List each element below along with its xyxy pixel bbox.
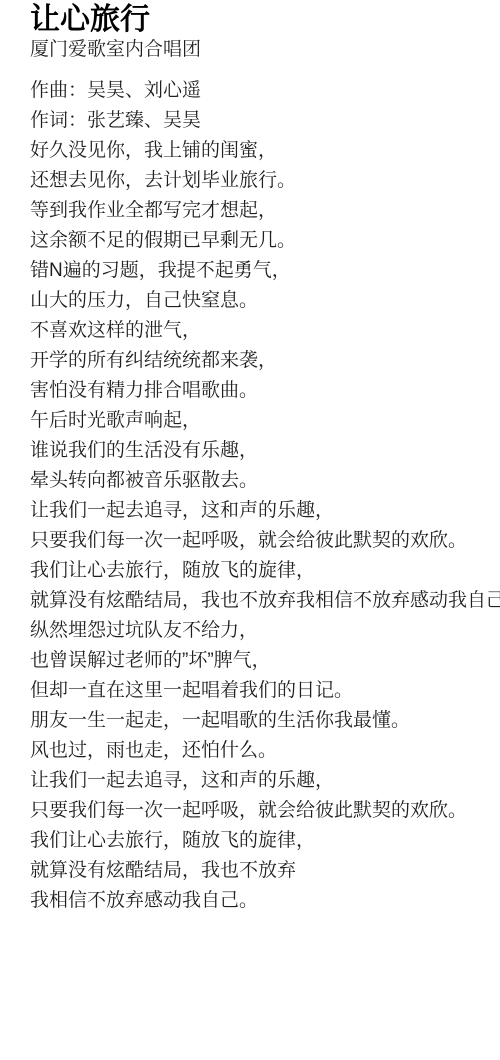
lyric-line: 纵然埋怨过坑队友不给力， xyxy=(30,616,500,646)
lyric-line: 错N遍的习题，我提不起勇气， xyxy=(30,256,500,286)
lyric-line: 但却一直在这里一起唱着我们的日记。 xyxy=(30,676,500,706)
lyric-line: 我相信不放弃感动我自己。 xyxy=(30,886,500,916)
lyric-line: 只要我们每一次一起呼吸，就会给彼此默契的欢欣。 xyxy=(30,796,500,826)
lyric-line: 害怕没有精力排合唱歌曲。 xyxy=(30,376,500,406)
lyric-line: 开学的所有纠结统统都来袭， xyxy=(30,346,500,376)
lyric-line: 午后时光歌声响起， xyxy=(30,406,500,436)
lyric-line: 这余额不足的假期已早剩无几。 xyxy=(30,226,500,256)
lyric-line: 好久没见你，我上铺的闺蜜， xyxy=(30,136,500,166)
lyric-line: 朋友一生一起走，一起唱歌的生活你我最懂。 xyxy=(30,706,500,736)
lyric-line: 也曾误解过老师的”坏”脾气， xyxy=(30,646,500,676)
lyric-line: 让我们一起去追寻，这和声的乐趣， xyxy=(30,766,500,796)
lyric-line: 就算没有炫酷结局，我也不放弃我相信不放弃感动我自己。 xyxy=(30,586,500,616)
lyric-line: 风也过，雨也走，还怕什么。 xyxy=(30,736,500,766)
lyric-line: 我们让心去旅行，随放飞的旋律， xyxy=(30,556,500,586)
lyric-line: 让我们一起去追寻，这和声的乐趣， xyxy=(30,496,500,526)
lyric-line: 只要我们每一次一起呼吸，就会给彼此默契的欢欣。 xyxy=(30,526,500,556)
page-title: 让心旅行 xyxy=(30,2,500,38)
lyric-line: 作曲：吴昊、刘心遥 xyxy=(30,76,500,106)
lyric-line: 等到我作业全都写完才想起， xyxy=(30,196,500,226)
lyric-line: 不喜欢这样的泄气， xyxy=(30,316,500,346)
lyric-line: 山大的压力，自己快窒息。 xyxy=(30,286,500,316)
artist-name: 厦门爱歌室内合唱团 xyxy=(30,38,500,62)
lyric-line: 还想去见你，去计划毕业旅行。 xyxy=(30,166,500,196)
lyrics-body: 作曲：吴昊、刘心遥作词：张艺臻、吴昊好久没见你，我上铺的闺蜜，还想去见你，去计划… xyxy=(30,76,500,916)
lyric-line: 谁说我们的生活没有乐趣， xyxy=(30,436,500,466)
lyrics-page: 让心旅行 厦门爱歌室内合唱团 作曲：吴昊、刘心遥作词：张艺臻、吴昊好久没见你，我… xyxy=(0,0,500,916)
lyric-line: 就算没有炫酷结局，我也不放弃 xyxy=(30,856,500,886)
lyric-line: 我们让心去旅行，随放飞的旋律， xyxy=(30,826,500,856)
lyric-line: 作词：张艺臻、吴昊 xyxy=(30,106,500,136)
lyric-line: 晕头转向都被音乐驱散去。 xyxy=(30,466,500,496)
